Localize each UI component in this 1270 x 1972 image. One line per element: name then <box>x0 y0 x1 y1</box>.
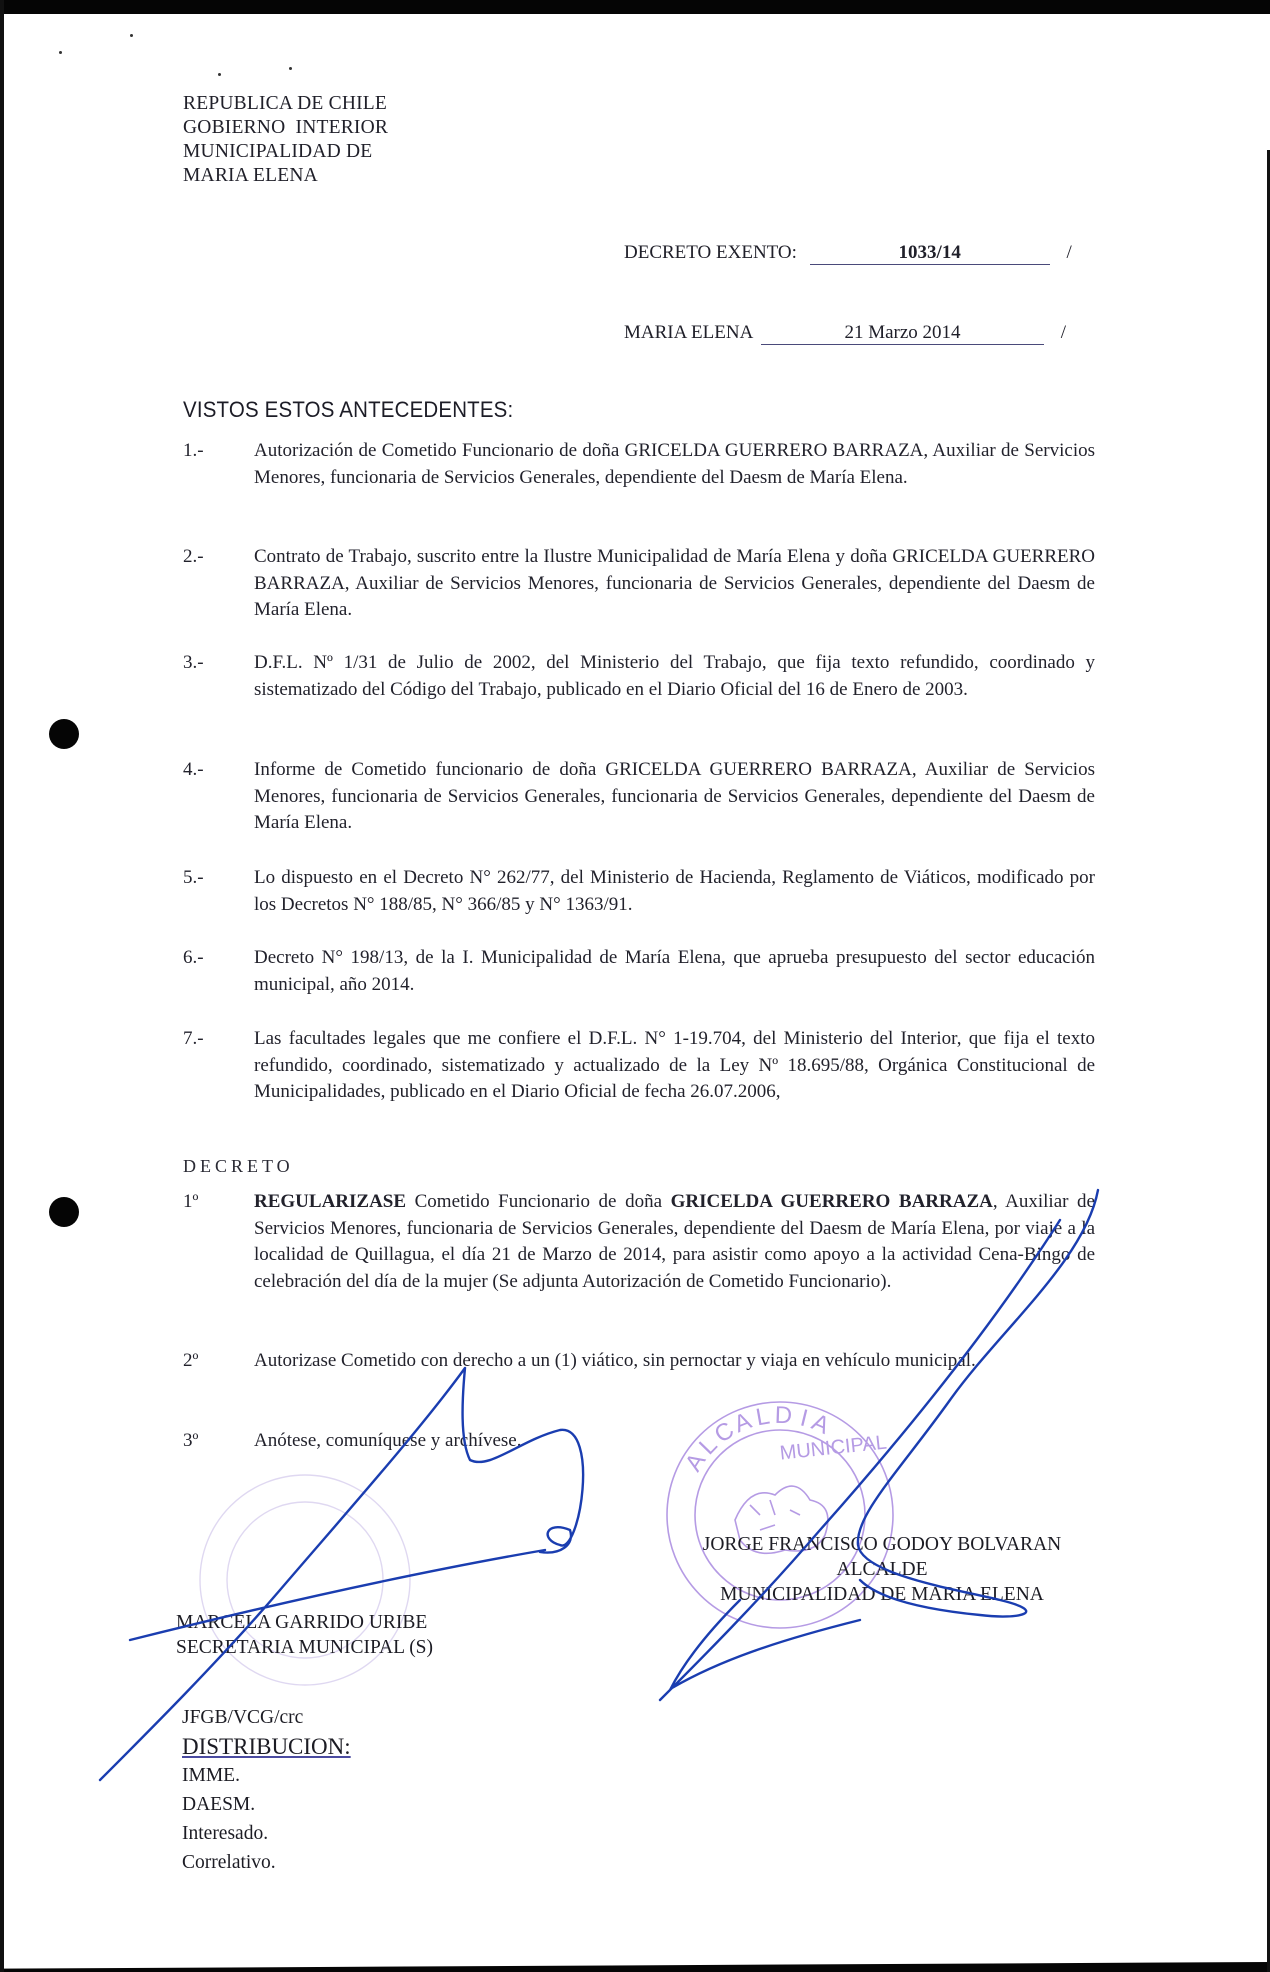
item-number: 3.- <box>183 650 204 677</box>
mayor-title: ALCALDE <box>662 1557 1102 1582</box>
letterhead-line: MARIA ELENA <box>183 164 388 188</box>
mayor-org: MUNICIPALIDAD DE MARIA ELENA <box>662 1582 1102 1607</box>
initials: JFGB/VCG/crc <box>182 1703 351 1732</box>
item-number: 4.- <box>183 757 204 784</box>
vistos-item: 2.- Contrato de Trabajo, suscrito entre … <box>183 544 1095 624</box>
item-number: 3º <box>183 1428 198 1455</box>
distribution-item: DAESM. <box>182 1790 351 1819</box>
distribution-item: Interesado. <box>182 1819 351 1848</box>
item-text: REGULARIZASE Cometido Funcionario de doñ… <box>254 1189 1095 1295</box>
decreto-heading: DECRETO <box>183 1156 294 1177</box>
distribution-title: DISTRIBUCION: <box>182 1732 351 1761</box>
vistos-item: 1.- Autorización de Cometido Funcionario… <box>183 438 1095 491</box>
item-text: Autorización de Cometido Funcionario de … <box>254 438 1095 491</box>
vistos-heading: VISTOS ESTOS ANTECEDENTES: <box>183 397 513 423</box>
distribution-item: IMME. <box>182 1761 351 1790</box>
vistos-item: 7.- Las facultades legales que me confie… <box>183 1026 1095 1106</box>
employee-name-bold: GRICELDA GUERRERO BARRAZA <box>671 1191 993 1212</box>
decree-number-label: DECRETO EXENTO: <box>624 242 797 263</box>
scan-speck <box>130 34 133 37</box>
scan-border-left <box>0 0 4 1972</box>
scan-border-bottom <box>0 1962 1270 1972</box>
item-text: Anótese, comuníquese y archívese. <box>254 1428 1095 1455</box>
decreto-item: 2º Autorizase Cometido con derecho a un … <box>183 1348 1095 1375</box>
vistos-item: 4.- Informe de Cometido funcionario de d… <box>183 757 1095 837</box>
secretary-signature-block: MARCELA GARRIDO URIBE SECRETARIA MUNICIP… <box>176 1610 433 1660</box>
letterhead-line: MUNICIPALIDAD DE <box>183 140 388 164</box>
mayor-name: JORGE FRANCISCO GODOY BOLVARAN <box>662 1532 1102 1557</box>
vistos-item: 5.- Lo dispuesto en el Decreto N° 262/77… <box>183 865 1095 918</box>
secretary-name: MARCELA GARRIDO URIBE <box>176 1610 433 1635</box>
item-number: 1.- <box>183 438 204 465</box>
item-number: 6.- <box>183 945 204 972</box>
svg-text:D: D <box>774 1402 792 1430</box>
letterhead-line: REPUBLICA DE CHILE <box>183 92 388 116</box>
date-suffix: / <box>1061 322 1066 343</box>
scan-speck <box>218 73 221 76</box>
item-text: Lo dispuesto en el Decreto N° 262/77, de… <box>254 865 1095 918</box>
item-text: Informe de Cometido funcionario de doña … <box>254 757 1095 837</box>
decree-number-value: 1033/14 <box>810 242 1050 265</box>
letterhead: REPUBLICA DE CHILE GOBIERNO INTERIOR MUN… <box>183 92 388 188</box>
item-text-part: Cometido Funcionario de doña <box>406 1191 671 1212</box>
item-text: Las facultades legales que me confiere e… <box>254 1026 1095 1106</box>
decree-number-row: DECRETO EXENTO: 1033/14 / <box>624 242 1072 265</box>
vistos-item: 3.- D.F.L. Nº 1/31 de Julio de 2002, del… <box>183 650 1095 703</box>
item-text: Autorizase Cometido con derecho a un (1)… <box>254 1348 1095 1375</box>
item-number: 1º <box>183 1189 198 1216</box>
scan-border-top <box>0 0 1270 14</box>
letterhead-line: GOBIERNO INTERIOR <box>183 116 388 140</box>
decreto-item: 3º Anótese, comuníquese y archívese. <box>183 1428 1095 1455</box>
distribution-block: JFGB/VCG/crc DISTRIBUCION: IMME. DAESM. … <box>182 1703 351 1877</box>
item-text: Contrato de Trabajo, suscrito entre la I… <box>254 544 1095 624</box>
item-number: 2º <box>183 1348 198 1375</box>
item-number: 2.- <box>183 544 204 571</box>
decreto-item: 1º REGULARIZASE Cometido Funcionario de … <box>183 1189 1095 1295</box>
item-text: Decreto N° 198/13, de la I. Municipalida… <box>254 945 1095 998</box>
decree-number-suffix: / <box>1066 242 1071 263</box>
punch-hole-icon <box>49 1197 79 1227</box>
place-date-row: MARIA ELENA 21 Marzo 2014 / <box>624 322 1066 345</box>
vistos-item: 6.- Decreto N° 198/13, de la I. Municipa… <box>183 945 1095 998</box>
item-text: D.F.L. Nº 1/31 de Julio de 2002, del Min… <box>254 650 1095 703</box>
mayor-signature-block: JORGE FRANCISCO GODOY BOLVARAN ALCALDE M… <box>662 1532 1102 1607</box>
item-number: 7.- <box>183 1026 204 1053</box>
date-value: 21 Marzo 2014 <box>761 322 1044 345</box>
distribution-item: Correlativo. <box>182 1848 351 1877</box>
secretary-title: SECRETARIA MUNICIPAL (S) <box>176 1635 433 1660</box>
item-number: 5.- <box>183 865 204 892</box>
punch-hole-icon <box>49 719 79 749</box>
item-lead-bold: REGULARIZASE <box>254 1191 406 1212</box>
place-label: MARIA ELENA <box>624 322 752 343</box>
scan-speck <box>59 51 62 54</box>
scan-speck <box>289 67 292 70</box>
